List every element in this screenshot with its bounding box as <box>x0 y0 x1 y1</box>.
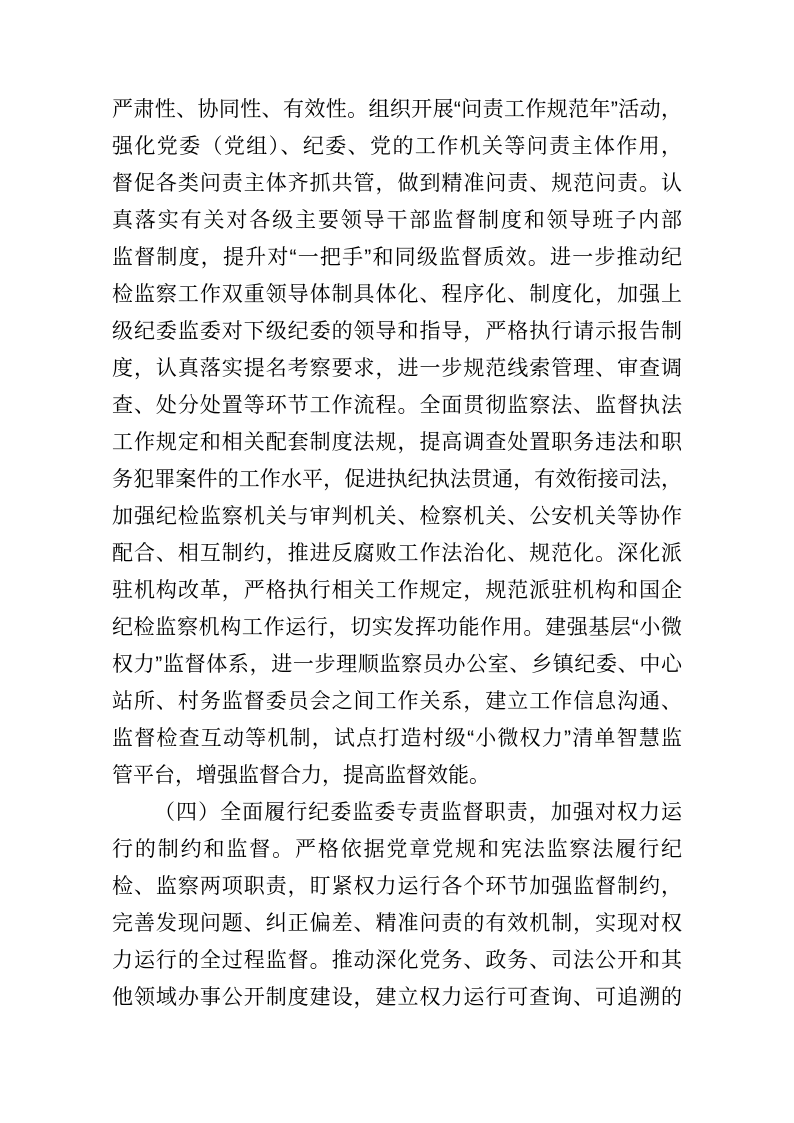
text-block: 严肃性、协同性、有效性。组织开展“问责工作规范年”活动， 强化党委（党组）、纪委… <box>112 91 682 1016</box>
text-line: 督促各类问责主体齐抓共管，做到精准问责、规范问责。认 <box>112 165 682 202</box>
text-line: 加强纪检监察机关与审判机关、检察机关、公安机关等协作 <box>112 498 682 535</box>
text-line: 驻机构改革，严格执行相关工作规定，规范派驻机构和国企 <box>112 572 682 609</box>
text-line: 务犯罪案件的工作水平，促进执纪执法贯通，有效衔接司法， <box>112 461 682 498</box>
paragraph: （四）全面履行纪委监委专责监督职责，加强对权力运 行的制约和监督。严格依据党章党… <box>112 794 682 1016</box>
text-line: 配合、相互制约，推进反腐败工作法治化、规范化。深化派 <box>112 535 682 572</box>
text-line: 真落实有关对各级主要领导干部监督制度和领导班子内部 <box>112 202 682 239</box>
text-line: 完善发现问题、纠正偏差、精准问责的有效机制，实现对权 <box>112 905 682 942</box>
text-line: 监督检查互动等机制，试点打造村级“小微权力”清单智慧监 <box>112 720 682 757</box>
document-page: 严肃性、协同性、有效性。组织开展“问责工作规范年”活动， 强化党委（党组）、纪委… <box>0 0 794 1123</box>
text-line: 纪检监察机构工作运行，切实发挥功能作用。建强基层“小微 <box>112 609 682 646</box>
text-line: 权力”监督体系，进一步理顺监察员办公室、乡镇纪委、中心 <box>112 646 682 683</box>
text-line: 查、处分处置等环节工作流程。全面贯彻监察法、监督执法 <box>112 387 682 424</box>
text-line: 检监察工作双重领导体制具体化、程序化、制度化，加强上 <box>112 276 682 313</box>
text-line: 级纪委监委对下级纪委的领导和指导，严格执行请示报告制 <box>112 313 682 350</box>
text-line: 站所、村务监督委员会之间工作关系，建立工作信息沟通、 <box>112 683 682 720</box>
paragraph: 严肃性、协同性、有效性。组织开展“问责工作规范年”活动， 强化党委（党组）、纪委… <box>112 91 682 794</box>
text-line: 行的制约和监督。严格依据党章党规和宪法监察法履行纪 <box>112 831 682 868</box>
text-line: 检、监察两项职责，盯紧权力运行各个环节加强监督制约， <box>112 868 682 905</box>
text-line: 力运行的全过程监督。推动深化党务、政务、司法公开和其 <box>112 942 682 979</box>
text-line: 严肃性、协同性、有效性。组织开展“问责工作规范年”活动， <box>112 91 682 128</box>
text-line: 他领域办事公开制度建设，建立权力运行可查询、可追溯的 <box>112 979 682 1016</box>
text-line: 管平台，增强监督合力，提高监督效能。 <box>112 757 682 794</box>
text-line: 强化党委（党组）、纪委、党的工作机关等问责主体作用， <box>112 128 682 165</box>
text-line: 监督制度，提升对“一把手”和同级监督质效。进一步推动纪 <box>112 239 682 276</box>
text-line: 度，认真落实提名考察要求，进一步规范线索管理、审查调 <box>112 350 682 387</box>
text-line: （四）全面履行纪委监委专责监督职责，加强对权力运 <box>112 794 682 831</box>
text-line: 工作规定和相关配套制度法规，提高调查处置职务违法和职 <box>112 424 682 461</box>
